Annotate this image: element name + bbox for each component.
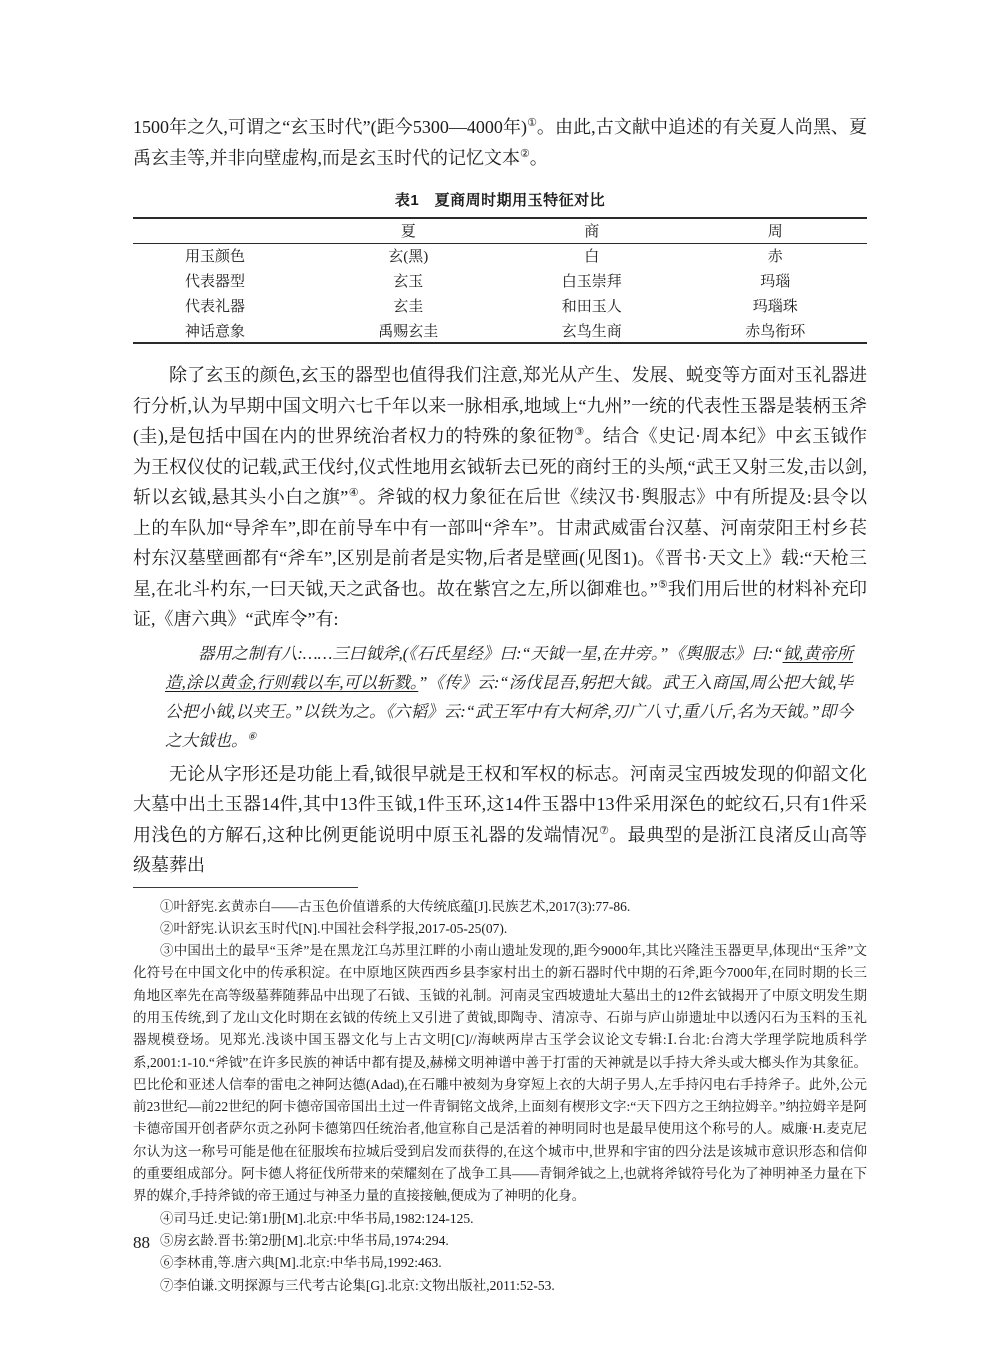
table-cell: 玛瑙 — [684, 268, 868, 293]
paragraph-yue-symbol: 无论从字形还是功能上看,钺很早就是王权和军权的标志。河南灵宝西坡发现的仰韶文化大… — [133, 759, 867, 881]
table-cell: 玛瑙珠 — [684, 293, 868, 318]
table-cell: 玄玉 — [317, 268, 501, 293]
footnote-7: ⑦李伯谦.文明探源与三代考古论集[G].北京:文物出版社,2011:52-53. — [133, 1275, 867, 1297]
journal-page: 1500年之久,可谓之“玄玉时代”(距今5300—4000年)①。由此,古文献中… — [0, 0, 1000, 1347]
footnotes-section: ①叶舒宪.玄黄赤白——古玉色价值谱系的大传统底蕴[J].民族艺术,2017(3)… — [133, 896, 867, 1297]
table-cell: 代表器型 — [133, 268, 317, 293]
footnote-separator — [133, 887, 358, 888]
footnote-1: ①叶舒宪.玄黄赤白——古玉色价值谱系的大传统底蕴[J].民族艺术,2017(3)… — [133, 896, 867, 918]
table-cell: 白 — [500, 243, 684, 268]
table-cell: 赤 — [684, 243, 868, 268]
table-cell: 禹赐玄圭 — [317, 318, 501, 343]
table-cell: 赤鸟衔环 — [684, 318, 868, 343]
paragraph-continuation: 1500年之久,可谓之“玄玉时代”(距今5300—4000年)①。由此,古文献中… — [133, 112, 867, 173]
page-number: 88 — [133, 1233, 150, 1253]
footnote-3: ③中国出土的最早“玉斧”是在黑龙江乌苏里江畔的小南山遗址发现的,距今9000年,… — [133, 940, 867, 1208]
footnote-2: ②叶舒宪.认识玄玉时代[N].中国社会科学报,2017-05-25(07). — [133, 918, 867, 940]
table-row: 神话意象 禹赐玄圭 玄鸟生商 赤鸟衔环 — [133, 318, 867, 343]
block-quote-tangliudian: 器用之制有八:……三曰钺斧,(《石氏星经》曰:“天钺一星,在井旁。”《舆服志》曰… — [165, 639, 853, 755]
table-caption: 表1 夏商周时期用玉特征对比 — [133, 189, 867, 210]
table-cell: 玄(黑) — [317, 243, 501, 268]
table-row: 用玉颜色 玄(黑) 白 赤 — [133, 243, 867, 268]
jade-comparison-table: 夏 商 周 用玉颜色 玄(黑) 白 赤 代表器型 玄玉 白玉 — [133, 217, 867, 344]
table-cell: 神话意象 — [133, 318, 317, 343]
table-header-cell: 商 — [500, 218, 684, 243]
table-header-cell — [133, 218, 317, 243]
table-cell: 白玉崇拜 — [500, 268, 684, 293]
table-header-cell: 周 — [684, 218, 868, 243]
table-row: 代表器型 玄玉 白玉崇拜 玛瑙 — [133, 268, 867, 293]
table-header-row: 夏 商 周 — [133, 218, 867, 243]
table-cell: 代表礼器 — [133, 293, 317, 318]
table-header-cell: 夏 — [317, 218, 501, 243]
footnote-6: ⑥李林甫,等.唐六典[M].北京:中华书局,1992:463. — [133, 1252, 867, 1274]
table-cell: 玄鸟生商 — [500, 318, 684, 343]
footnote-5: ⑤房玄龄.晋书:第2册[M].北京:中华书局,1974:294. — [133, 1230, 867, 1252]
page-content: 1500年之久,可谓之“玄玉时代”(距今5300—4000年)①。由此,古文献中… — [0, 0, 1000, 1297]
table-cell: 和田玉人 — [500, 293, 684, 318]
footnote-4: ④司马迁.史记:第1册[M].北京:中华书局,1982:124-125. — [133, 1208, 867, 1230]
paragraph-axe-yue-power: 除了玄玉的颜色,玄玉的器型也值得我们注意,郑光从产生、发展、蜕变等方面对玉礼器进… — [133, 360, 867, 635]
table-cell: 用玉颜色 — [133, 243, 317, 268]
table-1-block: 表1 夏商周时期用玉特征对比 夏 商 周 用玉颜色 玄(黑) 白 赤 — [133, 189, 867, 344]
table-row: 代表礼器 玄圭 和田玉人 玛瑙珠 — [133, 293, 867, 318]
table-cell: 玄圭 — [317, 293, 501, 318]
